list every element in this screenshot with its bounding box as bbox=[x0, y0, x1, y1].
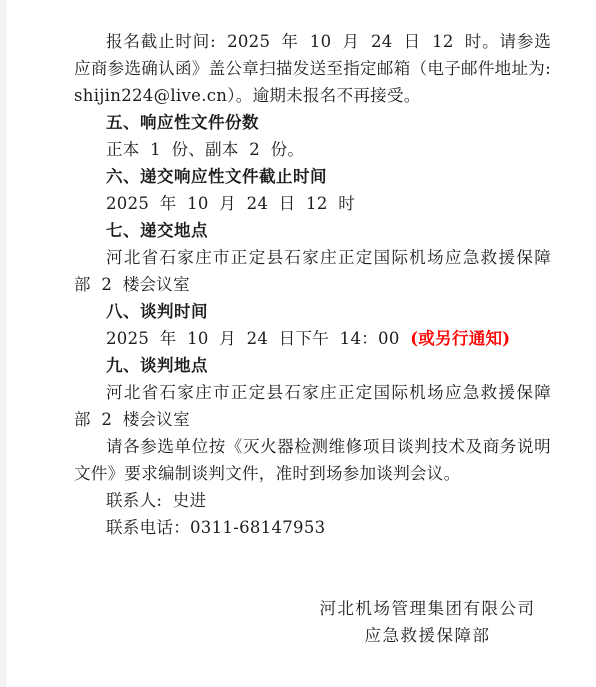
text-segment: 部 2 楼会议室 bbox=[74, 275, 190, 294]
text-segment: 河北机场管理集团有限公司 bbox=[320, 599, 536, 618]
doc-line: 联系人: 史进 bbox=[74, 487, 551, 514]
doc-line: 2025 年 10 月 24 日下午 14：00 (或另行通知) bbox=[74, 325, 551, 352]
doc-line: 2025 年 10 月 24 日 12 时 bbox=[74, 190, 551, 217]
doc-line: 部 2 楼会议室 bbox=[74, 271, 551, 298]
text-segment: 部 2 楼会议室 bbox=[74, 410, 190, 429]
doc-line: shijin224@live.cn）。逾期未报名不再接受。 bbox=[74, 82, 551, 109]
text-segment: 应急救援保障部 bbox=[365, 626, 491, 645]
doc-line: 请各参选单位按《灭火器检测维修项目谈判技术及商务说明 bbox=[74, 433, 551, 460]
text-segment: 八、谈判时间 bbox=[106, 302, 208, 321]
doc-line: 部 2 楼会议室 bbox=[74, 406, 551, 433]
page-edge-strip bbox=[0, 0, 6, 687]
doc-line: 河北省石家庄市正定县石家庄正定国际机场应急救援保障 bbox=[74, 379, 551, 406]
section-heading: 八、谈判时间 bbox=[74, 298, 551, 325]
text-segment: 五、响应性文件份数 bbox=[106, 113, 259, 132]
text-segment: 2025 年 10 月 24 日下午 14：00 bbox=[106, 329, 410, 348]
doc-line: 报名截止时间: 2025 年 10 月 24 日 12 时。请参选单位填写《供 bbox=[74, 28, 551, 55]
section-heading: 五、响应性文件份数 bbox=[74, 109, 551, 136]
text-segment: 七、递交地点 bbox=[106, 221, 208, 240]
text-segment: 正本 1 份、副本 2 份。 bbox=[106, 140, 304, 159]
text-segment: 河北省石家庄市正定县石家庄正定国际机场应急救援保障 bbox=[106, 383, 551, 402]
text-segment: 九、谈判地点 bbox=[106, 356, 208, 375]
section-heading: 六、递交响应性文件截止时间 bbox=[74, 163, 551, 190]
signature-line: 应急救援保障部 bbox=[304, 622, 551, 649]
document-content: 报名截止时间: 2025 年 10 月 24 日 12 时。请参选单位填写《供应… bbox=[74, 28, 551, 649]
red-note-text: (或另行通知) bbox=[410, 329, 510, 348]
blank-line bbox=[74, 568, 551, 595]
document-page: 报名截止时间: 2025 年 10 月 24 日 12 时。请参选单位填写《供应… bbox=[0, 0, 596, 687]
doc-line: 联系电话：0311-68147953 bbox=[74, 514, 551, 541]
signature-line: 河北机场管理集团有限公司 bbox=[304, 595, 551, 622]
doc-line: 文件》要求编制谈判文件，准时到场参加谈判会议。 bbox=[74, 460, 551, 487]
section-heading: 七、递交地点 bbox=[74, 217, 551, 244]
text-segment: 请各参选单位按《灭火器检测维修项目谈判技术及商务说明 bbox=[106, 437, 551, 456]
doc-line: 应商参选确认函》盖公章扫描发送至指定邮箱（电子邮件地址为: bbox=[74, 55, 551, 82]
doc-line: 河北省石家庄市正定县石家庄正定国际机场应急救援保障 bbox=[74, 244, 551, 271]
text-segment: 2025 年 10 月 24 日 12 时 bbox=[106, 194, 355, 213]
text-segment: 六、递交响应性文件截止时间 bbox=[106, 167, 327, 186]
text-segment: 联系人: 史进 bbox=[106, 491, 206, 510]
text-segment: 报名截止时间: 2025 年 10 月 24 日 12 时。请参选单位填写《供 bbox=[106, 32, 551, 55]
doc-line: 正本 1 份、副本 2 份。 bbox=[74, 136, 551, 163]
text-segment: 联系电话：0311-68147953 bbox=[106, 518, 325, 537]
section-heading: 九、谈判地点 bbox=[74, 352, 551, 379]
blank-line bbox=[74, 541, 551, 568]
text-segment: 应商参选确认函》盖公章扫描发送至指定邮箱（电子邮件地址为: bbox=[74, 59, 551, 78]
text-segment: 文件》要求编制谈判文件，准时到场参加谈判会议。 bbox=[74, 464, 460, 483]
text-segment: 河北省石家庄市正定县石家庄正定国际机场应急救援保障 bbox=[106, 248, 551, 267]
text-segment: shijin224@live.cn）。逾期未报名不再接受。 bbox=[74, 86, 421, 105]
